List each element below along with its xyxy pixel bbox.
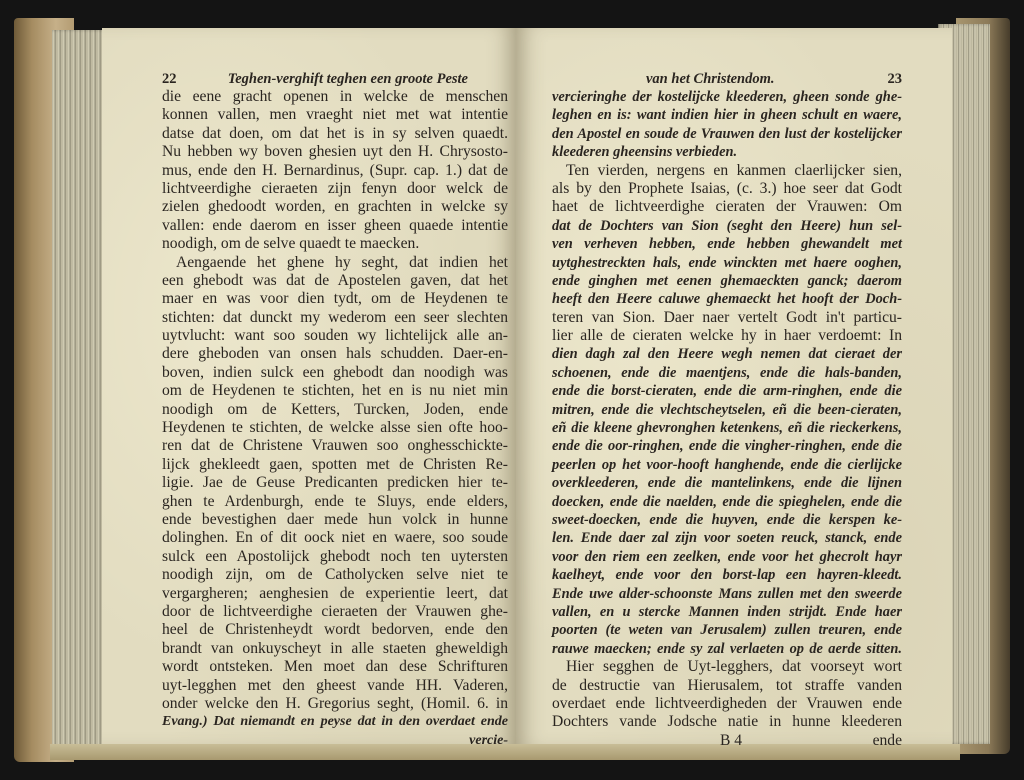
text-line: noodigh om de Ketters, Turcken, Joden, e… — [162, 401, 508, 419]
page-number: 22 — [162, 70, 177, 88]
text-line: ghen te Ardenburgh, ende te Sluys, ende … — [162, 493, 508, 511]
text-line-italic: ven verheven hebben, ende hebben ghewand… — [552, 235, 902, 253]
text-line: datse dat doen, om dat het is in sy selv… — [162, 125, 508, 143]
text-line: door de lichtveerdighe cieraeten der Vra… — [162, 603, 508, 621]
text-line: Nu hebben wy boven ghesien uyt den H. Ch… — [162, 143, 508, 161]
text-line: brandt van onkuyscheyt in alle staeten g… — [162, 640, 508, 658]
right-running-head: van het Christendom. 23 — [552, 70, 902, 88]
left-page-text: 22 Teghen-verghift teghen een groote Pes… — [162, 70, 508, 750]
catchword: ende — [873, 732, 902, 750]
text-line: mus, ende den H. Bernardinus, (Supr. cap… — [162, 162, 508, 180]
text-line: wordt ontsteken. Men moet dan dese Schri… — [162, 658, 508, 676]
text-line: overdaet ende lichtveerdigheden der Vrau… — [552, 695, 902, 713]
text-line: lier alle de cieraten welcke hy in haer … — [552, 327, 902, 345]
running-head-title: van het Christendom. — [646, 70, 775, 88]
text-line: de destructie van Hierusalem, tot straff… — [552, 677, 902, 695]
text-line: lijck ghekleedt gaen, spotten met de Chr… — [162, 456, 508, 474]
page-number: 23 — [888, 70, 903, 88]
signature-mark: B 4 — [720, 732, 742, 750]
text-line: Dochters vande Jodsche natie in hunne kl… — [552, 713, 902, 731]
open-book: 22 Teghen-verghift teghen een groote Pes… — [10, 14, 1014, 766]
text-line: zielen ghedoodt worden, en grachten in w… — [162, 198, 508, 216]
right-page-text: van het Christendom. 23 vercieringhe der… — [552, 70, 902, 750]
text-line: ligie. Jae de Geuse Predicanten predicke… — [162, 474, 508, 492]
text-line-italic: peerlen op het voor-hooft hanghende, end… — [552, 456, 902, 474]
text-line-italic: vercieringhe der kostelijcke kleederen, … — [552, 88, 902, 106]
text-line: sulck een Apostolijck ghebodt noch ten u… — [162, 548, 508, 566]
text-line: noodigh, om de selve quaedt te maecken. — [162, 235, 508, 253]
text-line-italic: heeft den Heere caluwe ghemaeckt het hoo… — [552, 290, 902, 308]
text-line-italic: kleederen gheensins verbieden. — [552, 143, 902, 161]
text-line: onder welcke den H. Gregorius seght, (Ho… — [162, 695, 508, 713]
right-page: van het Christendom. 23 vercieringhe der… — [516, 28, 952, 744]
text-line-italic: ende ginghen met eenen ghemaeckten ganck… — [552, 272, 902, 290]
text-line: boven, indien sulck een ghebodt dan nood… — [162, 364, 508, 382]
text-line: als by den Prophete Isaias, (c. 3.) hoe … — [552, 180, 902, 198]
text-line-italic: dien dagh zal den Heere wegh nemen dat c… — [552, 345, 902, 363]
text-line: Heydenen te stichten, de welcke alsse si… — [162, 419, 508, 437]
text-line: vergargheren; aenghesien de experientie … — [162, 585, 508, 603]
running-head-title: Teghen-verghift teghen een groote Peste — [228, 70, 468, 88]
text-line-italic: leghen en is: want indien hier in gheen … — [552, 106, 902, 124]
text-line: konnen vallen, men vraeght niet met wat … — [162, 106, 508, 124]
left-running-head: 22 Teghen-verghift teghen een groote Pes… — [162, 70, 508, 88]
text-line: lichtveerdighe cieraeten zijn fenyn door… — [162, 180, 508, 198]
text-line: ren dat de Christene Vrauwen soo onghess… — [162, 437, 508, 455]
text-line-italic: doecken, ende die naelden, ende die spie… — [552, 493, 902, 511]
text-line: noodigh zijn, om de Catholycken selve ni… — [162, 566, 508, 584]
text-line-italic: ende die borst-cieraten, ende die arm-ri… — [552, 382, 902, 400]
text-line: dolinghen. En of dit oock niet en waere,… — [162, 529, 508, 547]
text-line-italic: len. Ende daer zal zijn voor soeten reuc… — [552, 529, 902, 547]
text-line-italic: poorten (te weten van Jerusalem) zullen … — [552, 621, 902, 639]
paragraph-start: Ten vierden, nergens en kanmen claerlijc… — [552, 162, 902, 180]
text-line: die eene gracht openen in welcke de mens… — [162, 88, 508, 106]
text-line: om de Heydenen te stichten, het en is nu… — [162, 382, 508, 400]
text-line-italic: uytghestreckten hals, ende winckten met … — [552, 254, 902, 272]
text-line-italic: ende die oor-ringhen, ende die vingher-r… — [552, 437, 902, 455]
page-footer: B 4 ende — [552, 732, 902, 750]
text-line: vallen: ende daerom en isser gheen quaed… — [162, 217, 508, 235]
text-line-italic: mitren, ende die vlechtscheytselen, eñ d… — [552, 401, 902, 419]
text-line-italic: Evang.) Dat niemandt en peyse dat in den… — [162, 713, 508, 731]
text-line: heel de Christenheydt wordt bedorven, en… — [162, 621, 508, 639]
text-line: maer en was voor dien tydt, om de Heyden… — [162, 290, 508, 308]
text-line-italic: rauwe maecken; ende sy zal verlaeten op … — [552, 640, 902, 658]
text-line: stichten: dat dunckt my wederom een seer… — [162, 309, 508, 327]
text-line: een ghebodt was dat de Apostelen gaven, … — [162, 272, 508, 290]
text-line: haet de lichtveerdighe cieraten der Vrau… — [552, 198, 902, 216]
text-line-italic: vallen, en u stercke Mannen inden strijd… — [552, 603, 902, 621]
text-line-italic: schoenen, ende die maentjens, ende die h… — [552, 364, 902, 382]
text-line: ende bevestighen daer mede hun volck in … — [162, 511, 508, 529]
text-line-italic: sweet-doecken, ende die huyven, ende die… — [552, 511, 902, 529]
paragraph-start: Aengaende het ghene hy seght, dat indien… — [162, 254, 508, 272]
text-line: dere gheboden van onsen hals schudden. D… — [162, 345, 508, 363]
catchword: vercie- — [162, 732, 508, 750]
text-line: uyt-legghen met den gheest vande HH. Vad… — [162, 677, 508, 695]
paragraph-start: Hier segghen de Uyt-legghers, dat voorse… — [552, 658, 902, 676]
left-page: 22 Teghen-verghift teghen een groote Pes… — [102, 28, 516, 744]
text-line: teren van Sion. Daer naer vertelt Godt i… — [552, 309, 902, 327]
text-line-italic: voor den riem een zeelken, ende voor het… — [552, 548, 902, 566]
text-line-italic: overkleederen, ende die mantelinkens, en… — [552, 474, 902, 492]
text-line-italic: Ende uwe alder-schoonste Mans zullen met… — [552, 585, 902, 603]
text-line-italic: kaelheyt, ende voor den borst-lap een ha… — [552, 566, 902, 584]
text-line-italic: den Apostel en soude de Vrauwen den lust… — [552, 125, 902, 143]
text-line-italic: dat de Dochters van Sion (seght den Heer… — [552, 217, 902, 235]
text-line: uytvlucht: want soo souden wy lichtelijc… — [162, 327, 508, 345]
text-line-italic: eñ die kleene ghevronghen ketenkens, eñ … — [552, 419, 902, 437]
